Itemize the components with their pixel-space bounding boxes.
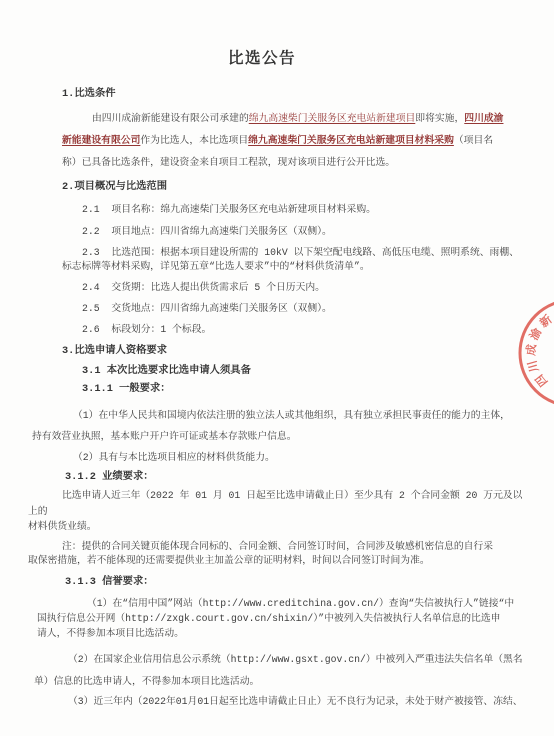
section-1-heading: 1.比选条件: [62, 87, 532, 102]
item-project-name: 2.1 项目名称：绵九高速柴门关服务区充电站新建项目材料采购。: [62, 202, 532, 217]
clause-3-1-2: 3.1.2 业绩要求：: [62, 470, 532, 485]
credit-requirement-1: （1）在“信用中国”网站（http://www.creditchina.gov.…: [37, 596, 532, 641]
document-body: 比选公告 1.比选条件 由四川成渝新能建设有限公司承建的绵九高速柴门关服务区充电…: [62, 48, 532, 709]
performance-requirement: 比选申请人近三年（2022 年 01 月 01 日起至比选申请截止日）至少具有 …: [28, 488, 532, 535]
document-page: { "document": { "colors": { "ink": "#3e3…: [0, 0, 554, 736]
item-project-location: 2.2 项目地点：四川省绵九高速柴门关服务区（双侧）。: [62, 224, 532, 239]
item-selection-scope: 2.3 比选范围：根据本项目建设所需的 10kV 以下架空配电线路、高低压电缆、…: [62, 246, 532, 274]
section-2-heading: 2.项目概况与比选范围: [62, 180, 532, 195]
item-delivery-period: 2.4 交货期：比选人提出供货需求后 5 个日历天内。: [62, 280, 532, 295]
general-requirement-1: （1）在中华人民共和国境内依法注册的独立法人或其他组织，具有独立承担民事责任的能…: [32, 405, 532, 447]
credit-requirement-3: （3）近三年内（2022年01月01日起至比选申请截止日止）无不良行为记录，未处…: [34, 694, 532, 709]
general-requirement-2: （2）具有与本比选项目相应的材料供货能力。: [32, 450, 532, 465]
clause-3-1: 3.1 本次比选要求比选申请人须具备: [62, 364, 532, 379]
clause-3-1-1: 3.1.1 一般要求：: [62, 382, 532, 397]
document-title: 比选公告: [62, 48, 462, 70]
intro-paragraph: 由四川成渝新能建设有限公司承建的绵九高速柴门关服务区充电站新建项目即将实施，四川…: [62, 108, 532, 174]
item-bid-sections: 2.6 标段划分：1 个标段。: [62, 322, 532, 337]
text-run: 由四川成渝新能建设有限公司承建的: [92, 113, 249, 124]
item-delivery-location: 2.5 交货地点：四川省绵九高速柴门关服务区（双侧）。: [62, 301, 532, 316]
clause-3-1-3: 3.1.3 信誉要求：: [62, 575, 532, 590]
section-3-heading: 3.比选申请人资格要求: [62, 344, 532, 359]
text-run: 即将实施，: [415, 113, 464, 124]
text-run: 作为比选人，本比选项目: [140, 135, 248, 146]
text-run: 绵九高速柴门关服务区充电站新建项目材料采购: [248, 135, 454, 146]
text-run: 绵九高速柴门关服务区充电站新建项目: [249, 113, 416, 124]
performance-note: 注：提供的合同关键页能体现合同标的、合同金额、合同签订时间，合同涉及敏感机密信息…: [28, 540, 532, 568]
credit-requirement-2: （2）在国家企业信用信息公示系统（http://www.gsxt.gov.cn/…: [34, 649, 532, 693]
